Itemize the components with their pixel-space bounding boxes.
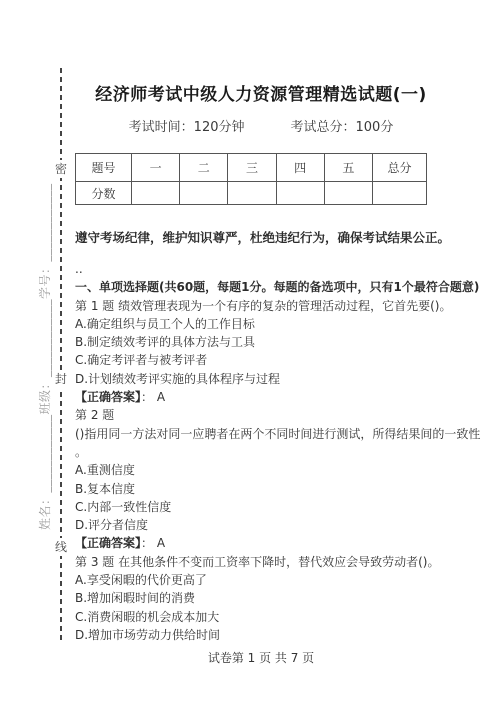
question-2-answer: 【正确答案】： A <box>75 534 447 552</box>
question-3-option-c: C.消费闲暇的机会成本加大 <box>75 608 447 626</box>
score-table-header-cell: 五 <box>324 154 372 182</box>
page-footer: 试卷第 1 页 共 7 页 <box>75 649 447 666</box>
exam-meta: 考试时间：120分钟 考试总分：100分 <box>75 119 447 137</box>
score-empty-cell <box>324 182 372 205</box>
score-table-header-cell: 总分 <box>373 154 427 182</box>
exam-content: 经济师考试中级人力资源管理精选试题(一) 考试时间：120分钟 考试总分：100… <box>75 84 447 666</box>
score-empty-cell <box>276 182 324 205</box>
score-empty-cell <box>180 182 228 205</box>
question-2-option-b: B.复本信度 <box>75 480 447 498</box>
page-title: 经济师考试中级人力资源管理精选试题(一) <box>75 84 447 106</box>
answer-label: 【正确答案】 <box>75 390 141 404</box>
binding-line-char: 线 <box>53 538 69 556</box>
exam-paper-page: 姓名：____________班级：____________学号：_______… <box>0 0 500 708</box>
question-3-option-a: A.享受闲暇的代价更高了 <box>75 571 447 589</box>
question-1-option-b: B.制定绩效考评的具体方法与工具 <box>75 333 447 351</box>
question-1-option-c: C.确定考评者与被考评者 <box>75 351 447 369</box>
binding-line-char: 密 <box>53 160 69 178</box>
exam-time-label: 考试时间：120分钟 <box>129 119 245 137</box>
score-table-header-cell: 题号 <box>76 154 132 182</box>
question-1-option-a: A.确定组织与员工个人的工作目标 <box>75 315 447 333</box>
question-2-option-d: D.评分者信度 <box>75 516 447 534</box>
score-empty-cell <box>373 182 427 205</box>
question-2-number: 第 2 题 <box>75 406 447 424</box>
score-table-score-row: 分数 <box>76 182 427 205</box>
score-table-header-cell: 二 <box>180 154 228 182</box>
question-1-answer: 【正确答案】： A <box>75 388 447 406</box>
question-2-stem: ()指用同一方法对同一应聘者在两个不同时间进行测试，所得结果间的一致性 <box>75 425 447 443</box>
score-table: 题号一二三四五总分 分数 <box>75 153 427 205</box>
score-row-label: 分数 <box>76 182 132 205</box>
student-info-fields: 姓名：____________班级：____________学号：_______… <box>36 190 52 530</box>
question-3-option-d: D.增加市场劳动力供给时间 <box>75 626 447 644</box>
question-2-option-c: C.内部一致性信度 <box>75 498 447 516</box>
score-table-header-cell: 三 <box>228 154 276 182</box>
answer-label: 【正确答案】 <box>75 536 141 550</box>
question-1-stem: 第 1 题 绩效管理表现为一个有序的复杂的管理活动过程，它首先要()。 <box>75 297 447 315</box>
question-1-option-d: D.计划绩效考评实施的具体程序与过程 <box>75 370 447 388</box>
score-table-header-cell: 一 <box>132 154 180 182</box>
score-table-header-row: 题号一二三四五总分 <box>76 154 427 182</box>
notice-text: 遵守考场纪律，维护知识尊严，杜绝违纪行为，确保考试结果公正。 <box>75 229 447 247</box>
answer-value: ： A <box>141 536 165 550</box>
content-lines: ..一、单项选择题(共60题，每题1分。每题的备选项中，只有1个最符合题意)第 … <box>75 260 447 644</box>
question-2-stem-cont: 。 <box>75 443 447 461</box>
score-table-header-cell: 四 <box>276 154 324 182</box>
score-empty-cell <box>132 182 180 205</box>
score-empty-cell <box>228 182 276 205</box>
exam-total-score-label: 考试总分：100分 <box>291 119 394 137</box>
question-2-option-a: A.重测信度 <box>75 461 447 479</box>
section-heading: 一、单项选择题(共60题，每题1分。每题的备选项中，只有1个最符合题意) <box>75 278 447 296</box>
question-3-stem: 第 3 题 在其他条件不变而工资率下降时，替代效应会导致劳动者()。 <box>75 553 447 571</box>
question-3-option-b: B.增加闲暇时间的消费 <box>75 589 447 607</box>
binding-line-char: 封 <box>53 370 69 388</box>
ellipsis-mark: .. <box>75 260 447 278</box>
answer-value: ： A <box>141 390 165 404</box>
